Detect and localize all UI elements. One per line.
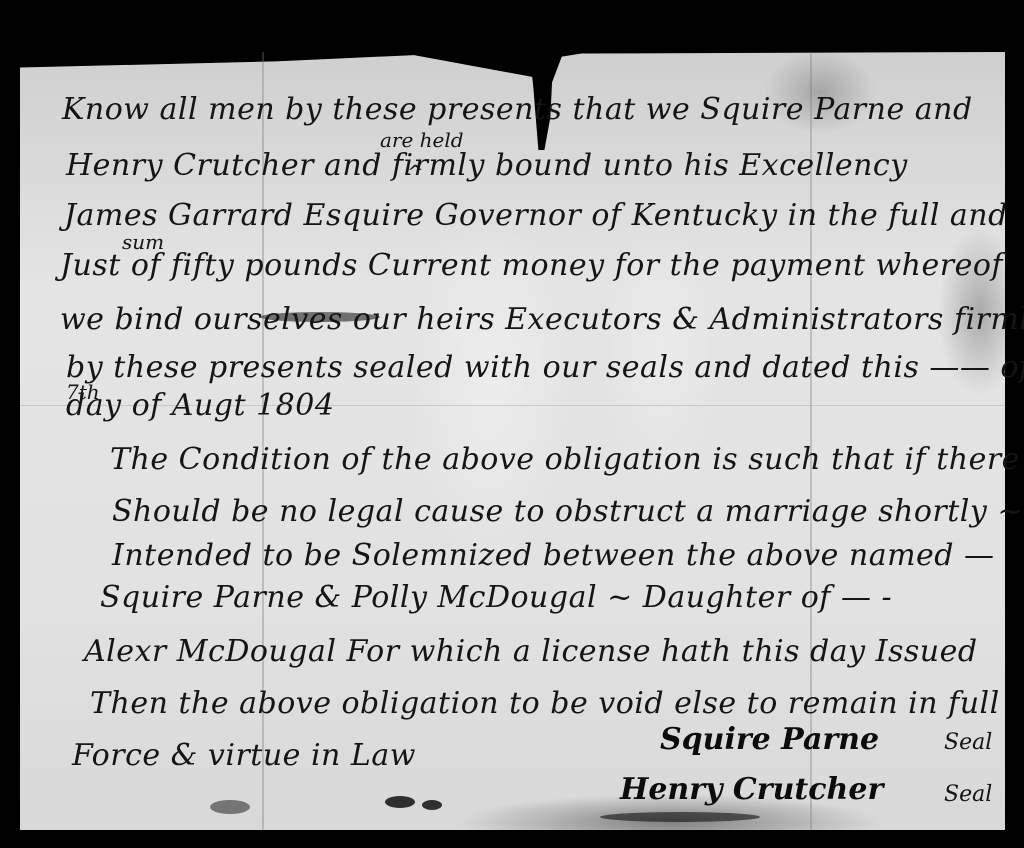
document-line-7: day of Augt 1804 [66, 388, 334, 423]
ink-smudge [260, 312, 380, 322]
signature-squire-parne: Squire Parne [660, 722, 879, 757]
document-line-2: Henry Crutcher and firmly bound unto his… [66, 148, 908, 183]
document-line-5: we bind ourselves our heirs Executors & … [60, 302, 1024, 337]
seal-mark: Seal [944, 782, 992, 807]
document-line-10: Intended to be Solemnized between the ab… [112, 538, 995, 573]
document-line-4: Just of fifty pounds Current money for t… [60, 248, 1003, 283]
document-line-13: Then the above obligation to be void els… [90, 686, 1000, 721]
document-line-9: Should be no legal cause to obstruct a m… [112, 494, 1023, 529]
ink-smudge [600, 812, 760, 822]
document-line-11: Squire Parne & Polly McDougal ~ Daughter… [100, 580, 892, 615]
ink-blot [422, 800, 442, 810]
document-line-12: Alexr McDougal For which a license hath … [84, 634, 978, 669]
document-line-14: Force & virtue in Law [72, 738, 416, 773]
signature-henry-crutcher: Henry Crutcher [620, 772, 883, 807]
document-line-8: The Condition of the above obligation is… [110, 442, 1024, 477]
seal-mark: Seal [944, 730, 992, 755]
document-line-1: Know all men by these presents that we S… [62, 92, 973, 127]
document-line-3: James Garrard Esquire Governor of Kentuc… [64, 198, 1008, 233]
document-line-6: by these presents sealed with our seals … [66, 350, 1024, 385]
ink-blot [385, 796, 415, 808]
ink-blot [210, 800, 250, 814]
